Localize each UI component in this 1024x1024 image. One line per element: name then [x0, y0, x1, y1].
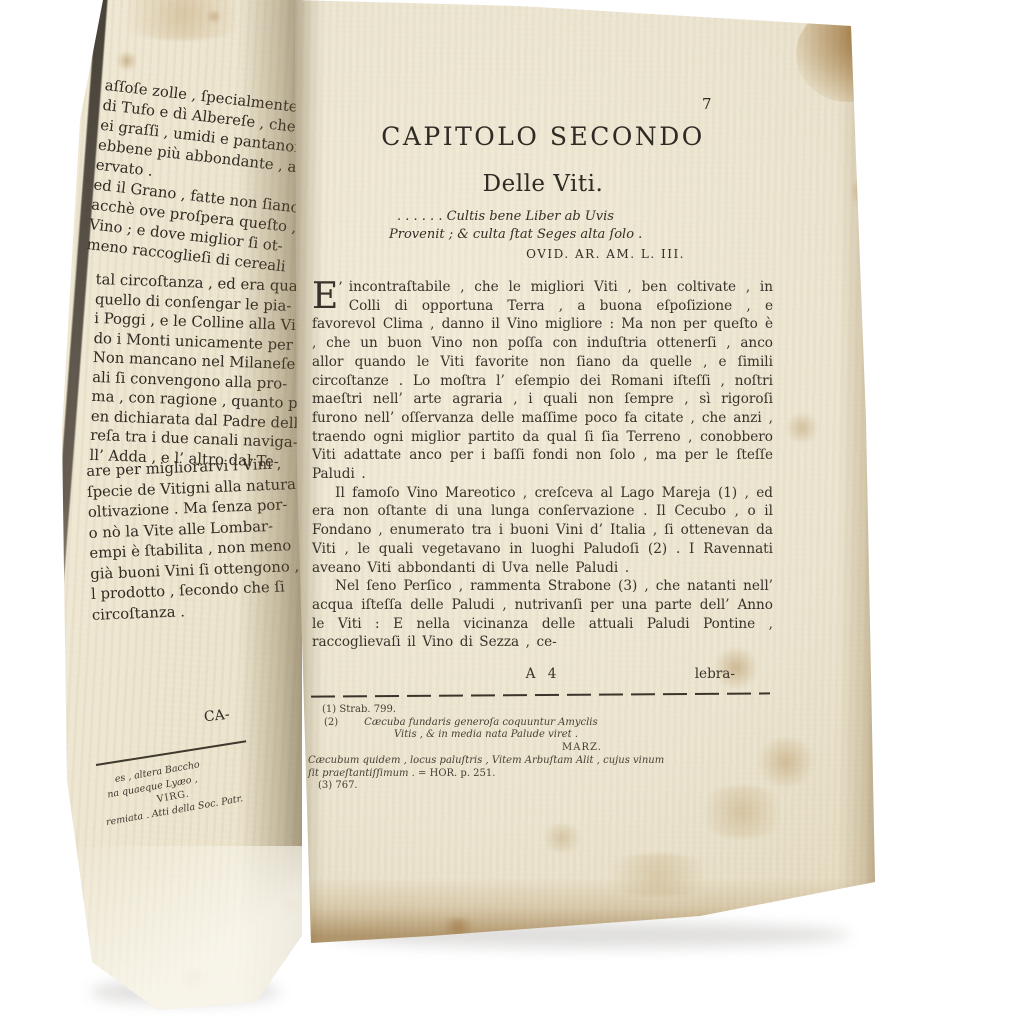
section-title: Delle Viti. — [313, 171, 773, 197]
footnote-line: (2)Cæcuba fundaris generoſa coquuntur Am… — [324, 717, 776, 730]
footnote-line: Cæcubum quidem , locus paluſtris , Vitem… — [308, 755, 776, 768]
epigraph: . . . . . . Cultis bene Liber ab Uvis Pr… — [313, 208, 773, 264]
drop-cap: E’ — [312, 279, 343, 314]
paragraph: E’incontraſtabile , che le migliori Viti… — [312, 278, 773, 484]
footnotes: (1) Strab. 799. (2)Cæcuba fundaris gener… — [310, 704, 776, 793]
body-text: E’incontraſtabile , che le migliori Viti… — [312, 278, 773, 652]
foxing-stain — [540, 824, 584, 852]
epigraph-line: Provenit ; & culta ſtat Seges alta ſolo … — [389, 226, 773, 244]
foxing-stain — [116, 52, 138, 70]
footnote-line: Vitis , & in media nata Palude viret . — [394, 729, 776, 742]
foxing-stain — [694, 786, 790, 838]
paragraph: Il famoſo Vino Mareotico , creſceva al L… — [312, 484, 773, 578]
foxing-stain — [796, 6, 900, 102]
footnote-line: (3) 767. — [318, 780, 776, 793]
footnote-line: ſit praeſtantiſſimum . = HOR. p. 251. — [308, 768, 776, 781]
foxing-stain — [596, 854, 720, 896]
left-page-catchword: CA- — [203, 707, 230, 726]
page-number: 7 — [702, 95, 712, 113]
footnote-attribution: MARZ. — [562, 742, 776, 755]
foxing-stain — [852, 172, 880, 212]
epigraph-attribution: OVID. AR. AM. L. III. — [313, 246, 773, 264]
foxing-stain — [784, 414, 820, 442]
book-photo: aſſoſe zolle , ſpecialmente deldi Tufo e… — [0, 0, 1024, 1024]
catchword: lebra- — [695, 666, 735, 682]
foxing-stain — [206, 10, 222, 23]
signature-row: A 4 lebra- — [313, 666, 773, 682]
paragraph: Nel ſeno Perſico , rammenta Strabone (3)… — [312, 577, 773, 652]
paragraph-text: incontraſtabile , che le migliori Viti ,… — [312, 279, 773, 482]
epigraph-line: . . . . . . Cultis bene Liber ab Uvis — [397, 208, 773, 226]
chapter-title: CAPITOLO SECONDO — [313, 122, 773, 151]
page-edge-shading — [838, 0, 878, 1024]
footnote-line: (1) Strab. 799. — [322, 704, 776, 717]
